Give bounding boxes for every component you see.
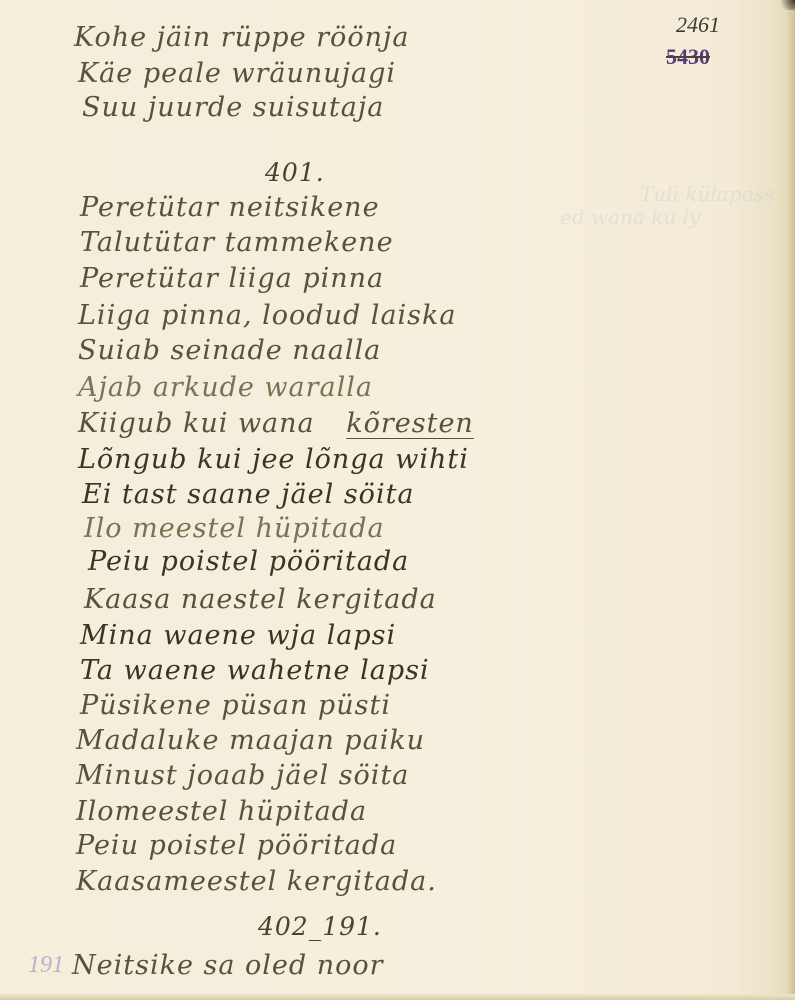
manuscript-page: Tuli külaposs ed wana ku ly 2461 5430 Ko… (0, 0, 795, 1000)
text-line: Kohe jäin rüppe röönja (74, 22, 409, 53)
text-line: Ilo meestel hüpitada (84, 513, 385, 544)
text-line: Ilomeestel hüpitada (76, 796, 367, 827)
text-line: Peretütar liiga pinna (80, 263, 384, 294)
text-line: Peiu poistel pööritada (88, 546, 409, 577)
text-line: Liiga pinna, loodud laiska (78, 300, 457, 331)
text-line: Ta waene wahetne lapsi (80, 655, 430, 686)
text-line: Minust joaab jäel söita (76, 760, 409, 791)
text-line: Neitsike sa oled noor (72, 950, 384, 981)
text-line: Ei tast saane jäel söita (82, 479, 415, 510)
underlined-word: kõresten (346, 408, 474, 439)
text-line: Lõngub kui jee lõnga wihti (78, 444, 469, 475)
text-line: Püsikene püsan püsti (80, 690, 391, 721)
show-through-text: Tuli külaposs (640, 182, 774, 206)
archive-number: 2461 (676, 12, 720, 38)
margin-pencil-note: 191 (28, 952, 64, 979)
text-line: Talutütar tammekene (80, 227, 394, 258)
text-line: Madaluke maajan paiku (76, 725, 425, 756)
text-line: Kaasa naestel kergitada (84, 584, 437, 615)
text-line: Peretütar neitsikene (80, 192, 380, 223)
text-line: Peiu poistel pööritada (76, 830, 397, 861)
text-line: Kaasameestel kergitada. (76, 866, 437, 897)
text-line: Käe peale wräunujagi (78, 58, 396, 89)
page-edge (785, 0, 795, 1000)
text-line-with-underline: Kiigub kui wana kõresten (78, 408, 474, 439)
show-through-text: ed wana ku ly (560, 205, 700, 229)
text-line: Suiab seinade naalla (78, 335, 381, 366)
text-line: Kiigub kui wana (78, 408, 315, 439)
song-number-402: 402_191. (258, 912, 382, 941)
corner-shadow (779, 0, 795, 10)
old-archive-number-struck: 5430 (666, 44, 710, 70)
text-line: Suu juurde suisutaja (82, 92, 384, 123)
text-line: Ajab arkude waralla (78, 372, 373, 403)
song-number-401: 401. (265, 158, 325, 187)
text-line: Mina waene wja lapsi (80, 620, 396, 651)
